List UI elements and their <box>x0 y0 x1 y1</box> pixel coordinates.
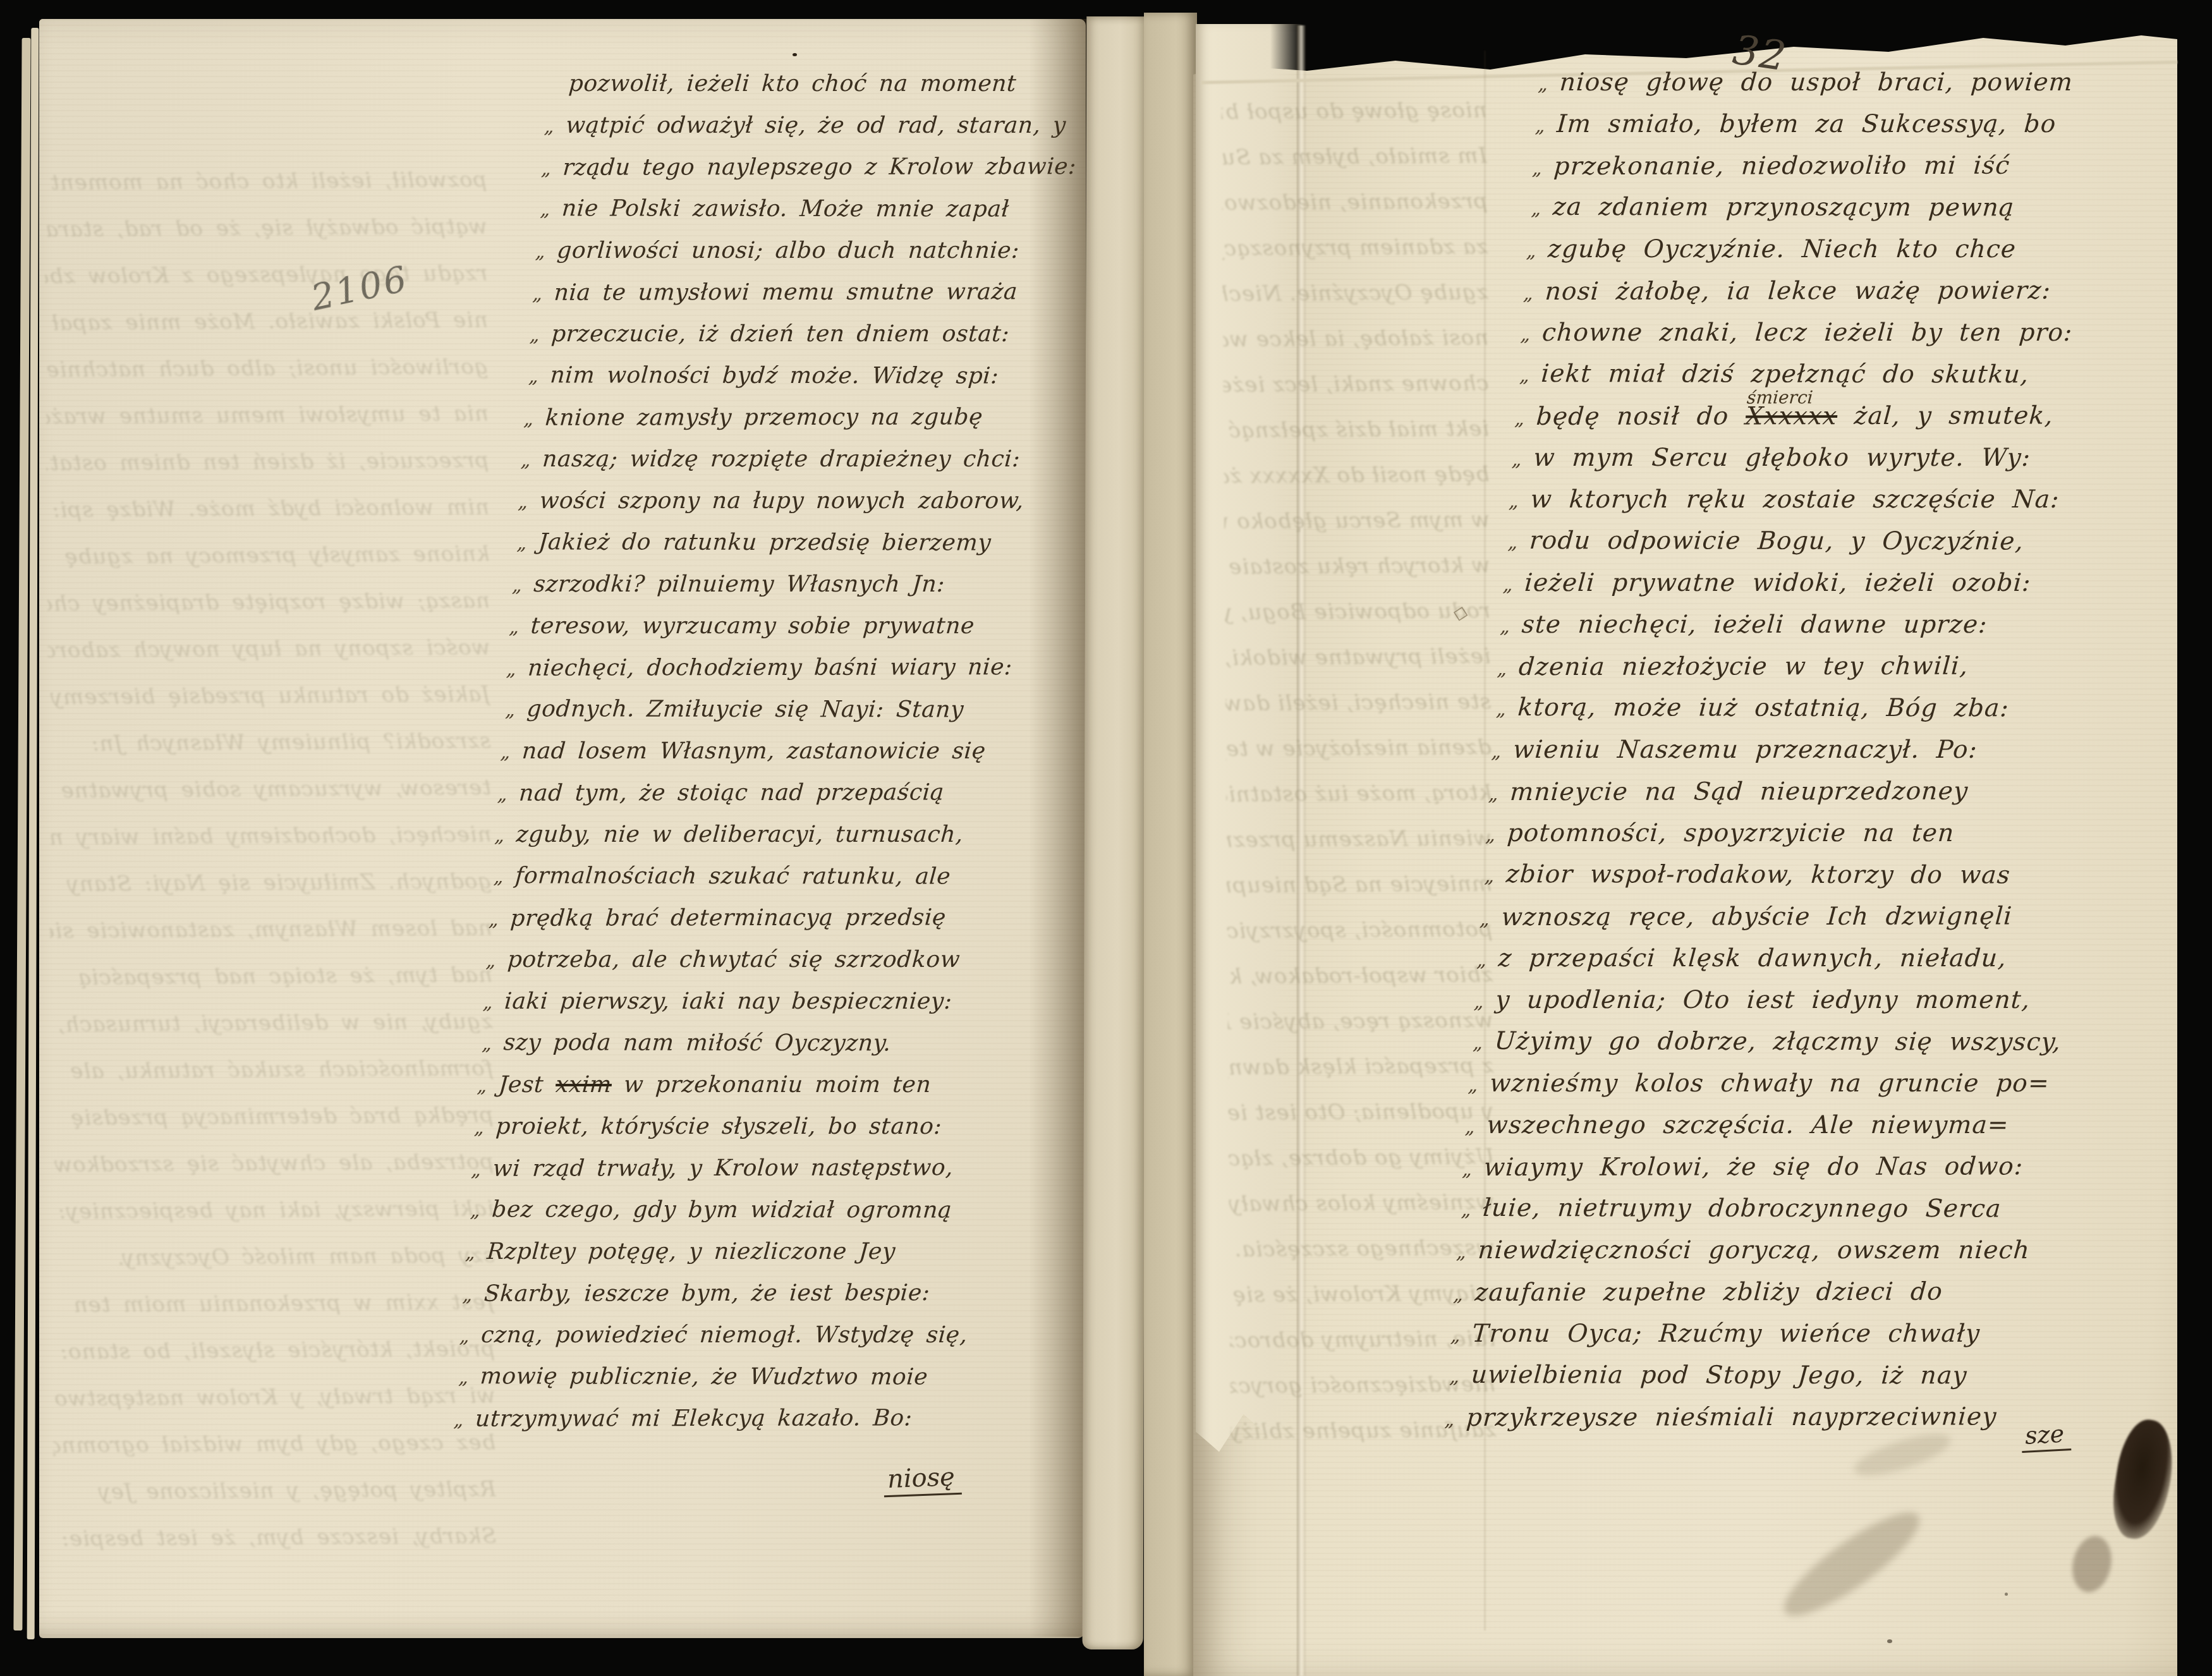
manuscript-line: „z przepaści klęsk dawnych, nieładu, <box>1476 938 2193 980</box>
page-edge-strip <box>1196 24 1302 1466</box>
quote-continuation-mark: „ <box>487 899 511 941</box>
manuscript-line: „formalnościach szukać ratunku, ale <box>492 855 1020 897</box>
quote-continuation-mark: „ <box>464 1232 489 1274</box>
quote-continuation-mark: „ <box>1496 648 1520 690</box>
page-edge-strip <box>1083 16 1148 1649</box>
quote-continuation-mark: „ <box>476 1066 501 1107</box>
manuscript-line: „zbior wspoł-rodakow, ktorzy do was <box>1483 854 2201 897</box>
quote-continuation-mark: „ <box>1464 1107 1488 1148</box>
manuscript-line: „wiaymy Krolowi, że się do Nas odwo: <box>1461 1146 2179 1189</box>
manuscript-line: „niosę głowę do uspoł braci, powiem <box>1537 62 2212 104</box>
manuscript-line: „wi rząd trwały, y Krolow następstwo, <box>470 1147 998 1190</box>
quote-continuation-mark: „ <box>1471 1023 1496 1064</box>
interlinear-word: śmierci <box>1746 377 1814 418</box>
quote-continuation-mark: „ <box>1443 1399 1468 1441</box>
quote-continuation-mark: „ <box>493 815 518 857</box>
manuscript-line: „y upodlenia; Oto iest iedyny moment, <box>1473 980 2190 1021</box>
quote-continuation-mark: „ <box>540 149 564 190</box>
manuscript-line: „ktorą, może iuż ostatnią, Bóg zba: <box>1495 687 2212 730</box>
catchword-left: niosę <box>883 1462 961 1494</box>
quote-continuation-mark: „ <box>1449 1315 1474 1357</box>
manuscript-line: „godnych. Zmiłuycie się Nayi: Stany <box>504 688 1031 731</box>
manuscript-line: „ste niechęci, ieżeli dawne uprze: <box>1499 604 2212 646</box>
manuscript-line: „gorliwości unosi; albo duch natchnie: <box>534 230 1062 272</box>
quote-continuation-mark: „ <box>511 565 535 607</box>
manuscript-scan: pozwolił, ieżeli kto choć na momentwątpi… <box>0 0 2212 1676</box>
manuscript-line: „potrzeba, ale chwytać się szrzodkow <box>485 939 1012 981</box>
quote-continuation-mark: „ <box>1467 1065 1492 1107</box>
manuscript-line: „zgubę Oyczyźnie. Niech kto chce <box>1525 229 2212 270</box>
quote-continuation-mark: „ <box>543 106 568 148</box>
quote-continuation-mark: „ <box>453 1400 477 1442</box>
manuscript-line: pozwolił, ieżeli kto choć na moment <box>546 63 1074 105</box>
quote-continuation-mark: „ <box>527 356 552 398</box>
quote-continuation-mark: „ <box>1518 355 1543 397</box>
quote-continuation-mark: „ <box>1507 522 1531 564</box>
quote-continuation-mark: „ <box>1455 1232 1480 1273</box>
quote-continuation-mark: „ <box>469 1190 494 1232</box>
quote-continuation-mark: „ <box>1534 106 1559 147</box>
manuscript-line: „łuie, nietruymy dobroczynnego Serca <box>1460 1187 2177 1230</box>
quote-continuation-mark: „ <box>534 231 559 273</box>
quote-continuation-mark: „ <box>461 1275 485 1316</box>
quote-continuation-mark: „ <box>505 649 529 691</box>
manuscript-line: „Jest xxim w przekonaniu moim ten <box>476 1064 1004 1106</box>
manuscript-line: „nia te umysłowi memu smutne wraża <box>531 271 1059 314</box>
quote-continuation-mark: „ <box>1452 1274 1476 1316</box>
manuscript-line: „wieniu Naszemu przeznaczył. Po: <box>1490 729 2208 771</box>
catchword-right: sze <box>2021 1419 2071 1450</box>
manuscript-line: „dzenia niezłożycie w tey chwili, <box>1496 645 2212 688</box>
manuscript-line: „Im smiało, byłem za Sukcessyą, bo <box>1534 104 2212 145</box>
quote-continuation-mark: „ <box>470 1150 494 1191</box>
quote-continuation-mark: „ <box>516 482 541 523</box>
manuscript-line: „Tronu Oyca; Rzućmy wieńce chwały <box>1449 1313 2166 1355</box>
manuscript-line: „wznoszą ręce, abyście Ich dzwignęli <box>1478 896 2196 938</box>
quote-continuation-mark: „ <box>1473 981 1497 1023</box>
manuscript-line: „prędką brać determinacyą przedsię <box>487 897 1015 940</box>
manuscript-line: „za zdaniem przynoszącym pewną <box>1530 186 2212 229</box>
manuscript-line: „wości szpony na łupy nowych zaborow, <box>516 480 1044 522</box>
quote-continuation-mark: „ <box>1487 774 1511 815</box>
gutter-fold <box>1297 25 1306 1676</box>
manuscript-line: „bez czego, gdy bym widział ogromną <box>469 1189 997 1231</box>
manuscript-line: „wątpić odważył się, że od rad, staran, … <box>543 105 1071 147</box>
manuscript-line: „zguby, nie w deliberacyi, turnusach, <box>493 814 1021 856</box>
manuscript-line: „wznieśmy kolos chwały na gruncie po= <box>1467 1063 2184 1105</box>
manuscript-line: „rodu odpowicie Bogu, y Oyczyźnie, <box>1507 520 2212 563</box>
quote-continuation-mark: „ <box>1525 231 1550 272</box>
paper-speck <box>2005 1593 2008 1596</box>
quote-continuation-mark: „ <box>1483 856 1508 897</box>
manuscript-line: „w ktorych ręku zostaie szczęście Na: <box>1507 479 2212 521</box>
quote-continuation-mark: „ <box>482 982 506 1024</box>
quote-continuation-mark: „ <box>1513 398 1537 440</box>
quote-continuation-mark: „ <box>1522 273 1546 315</box>
page-number: 32 <box>1730 27 1790 80</box>
paper-speck <box>1887 1639 1892 1643</box>
manuscript-line: „nad losem Własnym, zastanowicie się <box>499 731 1027 772</box>
quote-continuation-mark: „ <box>492 856 517 898</box>
left-page-text: pozwolił, ieżeli kto choć na moment„wątp… <box>453 63 1073 1440</box>
manuscript-line: „przeczucie, iż dzień ten dniem ostat: <box>528 313 1056 355</box>
quote-continuation-mark: „ <box>1531 148 1555 190</box>
quote-continuation-mark: „ <box>458 1316 483 1357</box>
manuscript-line: „przekonanie, niedozwoliło mi iść <box>1531 145 2212 188</box>
quote-continuation-mark: „ <box>1498 606 1523 648</box>
page-edge-strip <box>1144 13 1197 1676</box>
quote-continuation-mark: „ <box>1510 439 1535 481</box>
paper-speck <box>793 53 797 56</box>
manuscript-line: „nosi żałobę, ia lekce ważę powierz: <box>1522 270 2212 313</box>
manuscript-line: „potomności, spoyzrzyicie na ten <box>1484 813 2201 854</box>
quote-continuation-mark: „ <box>473 1107 497 1149</box>
manuscript-line: „Skarby, ieszcze bym, że iest bespie: <box>461 1272 989 1315</box>
quote-continuation-mark: „ <box>457 1357 482 1399</box>
quote-continuation-mark: „ <box>516 523 540 564</box>
quote-continuation-mark: „ <box>499 732 524 774</box>
manuscript-line: „w mym Sercu głęboko wyryte. Wy: <box>1510 437 2212 479</box>
manuscript-line: „niechęci, dochodziemy baśni wiary nie: <box>505 647 1033 689</box>
quote-continuation-mark: „ <box>496 774 520 816</box>
quote-continuation-mark: „ <box>1502 564 1526 606</box>
quote-continuation-mark: „ <box>1519 314 1544 356</box>
manuscript-line: „nim wolności bydź może. Widzę spi: <box>527 355 1055 397</box>
manuscript-line: „uwielbienia pod Stopy Jego, iż nay <box>1448 1354 2165 1397</box>
manuscript-line: „czną, powiedzieć niemogł. Wstydzę się, <box>458 1315 986 1356</box>
manuscript-line: „mnieycie na Sąd nieuprzedzoney <box>1487 770 2204 813</box>
manuscript-line: „iaki pierwszy, iaki nay bespieczniey: <box>482 981 1009 1023</box>
manuscript-line: „iekt miał dziś zpełznąć do skutku, <box>1518 353 2212 396</box>
quote-continuation-mark: „ <box>480 1023 505 1065</box>
manuscript-line: „szy poda nam miłość Oyczyzny. <box>480 1022 1008 1064</box>
quote-continuation-mark: „ <box>1529 188 1554 230</box>
manuscript-line: „Użyimy go dobrze, złączmy się wszyscy, <box>1471 1021 2189 1064</box>
manuscript-line: „knione zamysły przemocy na zgubę <box>523 396 1050 439</box>
quote-continuation-mark: „ <box>1448 1356 1473 1398</box>
manuscript-line: „teresow, wyrzucamy sobie prywatne <box>508 605 1036 647</box>
manuscript-line: „nad tym, że stoiąc nad przepaścią <box>496 772 1024 815</box>
quote-continuation-mark: „ <box>1495 689 1519 731</box>
quote-continuation-mark: „ <box>1461 1149 1485 1191</box>
manuscript-line: „niewdzięczności goryczą, owszem niech <box>1455 1230 2172 1272</box>
manuscript-line: „Rzpltey potęgę, y niezliczone Jey <box>464 1231 992 1273</box>
quote-continuation-mark: „ <box>1460 1189 1485 1231</box>
quote-continuation-mark: „ <box>504 689 528 731</box>
quote-continuation-mark: „ <box>520 440 544 482</box>
manuscript-line: „zaufanie zupełne zbliży dzieci do <box>1452 1271 2170 1314</box>
manuscript-line: „naszą; widzę rozpięte drapieżney chci: <box>520 439 1047 480</box>
quote-continuation-mark: „ <box>539 189 564 231</box>
quote-continuation-mark: „ <box>507 607 532 648</box>
quote-continuation-mark: „ <box>1507 481 1532 523</box>
quote-continuation-mark: „ <box>1484 815 1509 856</box>
quote-continuation-mark: „ <box>1478 899 1502 940</box>
manuscript-line: „wszechnego szczęścia. Ale niewyma= <box>1464 1105 2181 1146</box>
manuscript-line: „mowię publicznie, że Wudztwo moie <box>457 1356 985 1398</box>
manuscript-line: „szrzodki? pilnuiemy Własnych Jn: <box>511 564 1038 605</box>
manuscript-line: „proiekt, któryście słyszeli, bo stano: <box>473 1106 1000 1148</box>
manuscript-line: „utrzymywać mi Elekcyą kazało. Bo: <box>453 1397 980 1440</box>
quote-continuation-mark: „ <box>1536 64 1561 106</box>
quote-continuation-mark: „ <box>531 274 555 315</box>
manuscript-line: „nie Polski zawisło. Może mnie zapał <box>539 188 1067 230</box>
manuscript-line: „chowne znaki, lecz ieżeli by ten pro: <box>1519 312 2212 354</box>
quote-continuation-mark: „ <box>484 940 509 982</box>
manuscript-line: „ieżeli prywatne widoki, ieżeli ozobi: <box>1502 562 2212 604</box>
quote-continuation-mark: „ <box>1475 940 1500 981</box>
manuscript-line: „będę nosił do Xxxxxxśmierci żal, y smut… <box>1514 395 2212 438</box>
struck-word: xxim <box>555 1072 613 1098</box>
manuscript-line: „rządu tego naylepszego z Krolow zbawie: <box>540 146 1067 189</box>
gutter-fold <box>1029 19 1087 1637</box>
quote-continuation-mark: „ <box>522 399 546 440</box>
right-page-text: „niosę głowę do uspoł braci, powiem„Im s… <box>1443 62 2212 1438</box>
quote-continuation-mark: „ <box>528 315 553 356</box>
manuscript-line: „Jakież do ratunku przedsię bierzemy <box>516 521 1043 564</box>
quote-continuation-mark: „ <box>1490 731 1514 773</box>
